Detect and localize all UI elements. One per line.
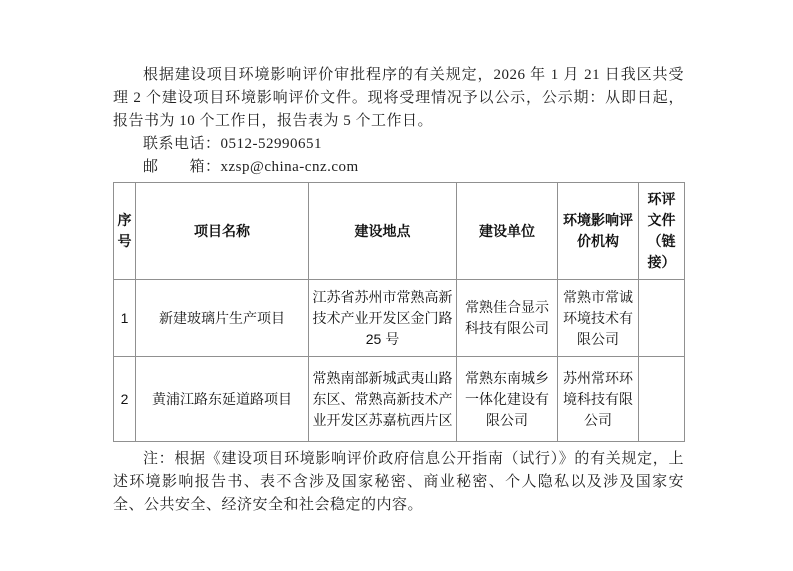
cell-eia-agency: 苏州常环环境科技有限公司	[558, 357, 639, 442]
contact-phone-value: 0512-52990651	[221, 136, 323, 152]
header-cell-project-name: 项目名称	[136, 183, 309, 280]
header-cell-eia-file: 环评文件（链接）	[639, 183, 685, 280]
cell-seq: 2	[114, 357, 136, 442]
header-cell-location: 建设地点	[309, 183, 457, 280]
cell-location: 江苏省苏州市常熟高新技术产业开发区金门路 25 号	[309, 280, 457, 357]
cell-eia-agency: 常熟市常诚环境技术有限公司	[558, 280, 639, 357]
header-cell-seq: 序号	[114, 183, 136, 280]
acceptance-table: 序号 项目名称 建设地点 建设单位 环境影响评价机构 环评文件（链接） 1 新建…	[113, 182, 685, 442]
table-header-row: 序号 项目名称 建设地点 建设单位 环境影响评价机构 环评文件（链接）	[114, 183, 685, 280]
cell-eia-file	[639, 357, 685, 442]
cell-project-name: 黄浦江路东延道路项目	[136, 357, 309, 442]
contact-email-value: xzsp@china-cnz.com	[221, 159, 359, 175]
note-paragraph: 注：根据《建设项目环境影响评价政府信息公开指南（试行）》的有关规定，上述环境影响…	[113, 448, 684, 517]
cell-builder: 常熟佳合显示科技有限公司	[457, 280, 558, 357]
cell-builder: 常熟东南城乡一体化建设有限公司	[457, 357, 558, 442]
contact-email-label: 邮 箱：	[143, 159, 221, 175]
document-page: 根据建设项目环境影响评价审批程序的有关规定，2026 年 1 月 21 日我区共…	[0, 0, 793, 571]
cell-project-name: 新建玻璃片生产项目	[136, 280, 309, 357]
document-content: 根据建设项目环境影响评价审批程序的有关规定，2026 年 1 月 21 日我区共…	[113, 64, 684, 517]
contact-phone-line: 联系电话：0512-52990651	[113, 133, 684, 156]
contact-email-line: 邮 箱：xzsp@china-cnz.com	[113, 156, 684, 179]
intro-paragraph: 根据建设项目环境影响评价审批程序的有关规定，2026 年 1 月 21 日我区共…	[113, 64, 684, 133]
contact-phone-label: 联系电话：	[143, 136, 221, 152]
table-row: 1 新建玻璃片生产项目 江苏省苏州市常熟高新技术产业开发区金门路 25 号 常熟…	[114, 280, 685, 357]
cell-location: 常熟南部新城武夷山路东区、常熟高新技术产业开发区苏嘉杭西片区	[309, 357, 457, 442]
header-cell-eia-agency: 环境影响评价机构	[558, 183, 639, 280]
header-cell-builder: 建设单位	[457, 183, 558, 280]
table-row: 2 黄浦江路东延道路项目 常熟南部新城武夷山路东区、常熟高新技术产业开发区苏嘉杭…	[114, 357, 685, 442]
cell-seq: 1	[114, 280, 136, 357]
cell-eia-file	[639, 280, 685, 357]
